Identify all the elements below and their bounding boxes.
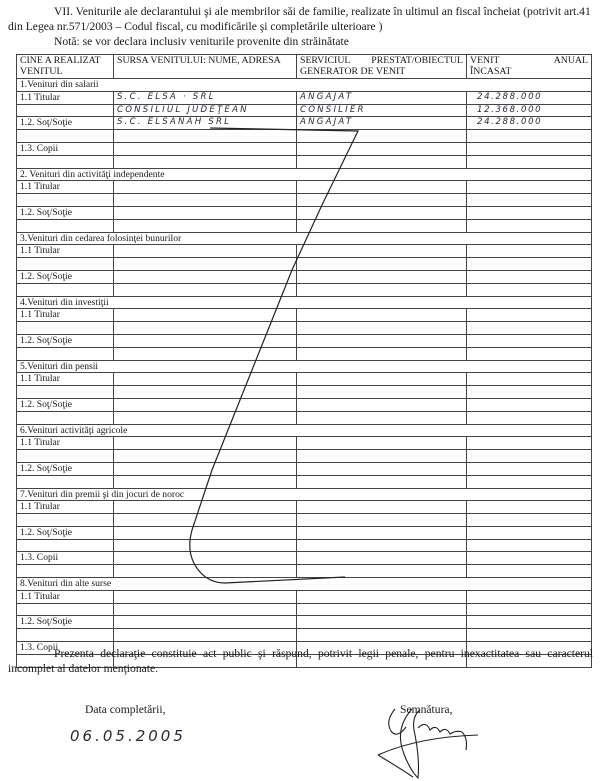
cell-who: 1.2. Soţ/Soţie <box>17 616 114 629</box>
cell-who: 1.2. Soţ/Soţie <box>17 117 114 130</box>
table-row: 1.1 Titular <box>17 437 592 450</box>
cell-who: 1.2. Soţ/Soţie <box>17 526 114 539</box>
cell-source <box>114 322 297 335</box>
cell-who: 1.2. Soţ/Soţie <box>17 206 114 219</box>
cell-source <box>114 334 297 347</box>
cell-income <box>467 411 592 424</box>
cell-income <box>467 258 592 271</box>
section-title: 5.Venituri din pensii <box>17 360 592 373</box>
cell-who: 1.1 Titular <box>17 181 114 194</box>
cell-income <box>467 155 592 168</box>
table-row: 1.1 TitularS.C. ELSA · SRLANGAJAT24.288.… <box>17 91 592 104</box>
table-row: 1.2. Soţ/Soţie <box>17 616 592 629</box>
cell-service <box>297 206 467 219</box>
cell-service <box>297 462 467 475</box>
cell-income <box>467 539 592 552</box>
table-row <box>17 603 592 616</box>
table-row: 1.1 Titular <box>17 309 592 322</box>
table-row <box>17 322 592 335</box>
cell-service <box>297 258 467 271</box>
cell-income <box>467 322 592 335</box>
header-income-b: ANUAL <box>554 56 588 67</box>
cell-income <box>467 194 592 207</box>
cell-service <box>297 450 467 463</box>
table-row: 1.3. Copii <box>17 552 592 565</box>
cell-service <box>297 334 467 347</box>
income-table: CINE A REALIZAT VENITUL SURSA VENITULUI:… <box>16 54 592 668</box>
cell-source <box>114 590 297 603</box>
table-row <box>17 475 592 488</box>
table-row: 1.1 Titular <box>17 590 592 603</box>
table-row <box>17 347 592 360</box>
cell-income <box>467 462 592 475</box>
cell-who <box>17 322 114 335</box>
cell-income <box>467 552 592 565</box>
section-row: 4.Venituri din investiţii <box>17 296 592 309</box>
cell-income <box>467 206 592 219</box>
cell-source <box>114 411 297 424</box>
header-service-a: SERVICIUL <box>300 56 350 67</box>
cell-source: CONSILIUL JUDEŢEAN <box>114 104 297 117</box>
cell-who: 1.2. Soţ/Soţie <box>17 462 114 475</box>
cell-who <box>17 629 114 642</box>
header-income-c: ÎNCASAT <box>470 67 588 78</box>
cell-income <box>467 603 592 616</box>
cell-who <box>17 283 114 296</box>
cell-income <box>467 181 592 194</box>
cell-source <box>114 270 297 283</box>
table-row: 1.2. Soţ/Soţie <box>17 462 592 475</box>
cell-income <box>467 475 592 488</box>
cell-source <box>114 130 297 143</box>
table-row: 1.2. Soţ/Soţie <box>17 526 592 539</box>
cell-income <box>467 590 592 603</box>
cell-source <box>114 501 297 514</box>
table-row <box>17 514 592 527</box>
cell-income <box>467 565 592 578</box>
cell-income: 12.368.000 <box>467 104 592 117</box>
cell-source <box>114 629 297 642</box>
cell-who: 1.1 Titular <box>17 91 114 104</box>
cell-service <box>297 373 467 386</box>
cell-who: 1.1 Titular <box>17 373 114 386</box>
header-who: CINE A REALIZAT VENITUL <box>17 55 114 79</box>
cell-service <box>297 552 467 565</box>
date-value: 06.05.2005 <box>70 727 186 745</box>
cell-income <box>467 616 592 629</box>
section-title: 1.Venituri din salarii <box>17 79 592 92</box>
cell-service <box>297 194 467 207</box>
cell-service <box>297 411 467 424</box>
section-row: 1.Venituri din salarii <box>17 79 592 92</box>
cell-source <box>114 142 297 155</box>
cell-service <box>297 526 467 539</box>
cell-service <box>297 629 467 642</box>
table-row <box>17 219 592 232</box>
header-income: VENITANUAL ÎNCASAT <box>467 55 592 79</box>
date-label: Data completării, <box>85 703 165 716</box>
header-service: SERVICIULPRESTAT/OBIECTUL GENERATOR DE V… <box>297 55 467 79</box>
cell-service: ANGAJAT <box>297 117 467 130</box>
cell-source <box>114 526 297 539</box>
table-row: 1.2. Soţ/Soţie <box>17 334 592 347</box>
cell-source <box>114 373 297 386</box>
table-row <box>17 386 592 399</box>
section-row: 2. Venituri din activităţi independente <box>17 168 592 181</box>
cell-source <box>114 437 297 450</box>
header-source: SURSA VENITULUI: NUME, ADRESA <box>114 55 297 79</box>
cell-source <box>114 309 297 322</box>
footer-statement: Prezenta declaraţie constituie act publi… <box>8 646 593 676</box>
cell-service <box>297 142 467 155</box>
cell-income: 24.288.000 <box>467 117 592 130</box>
cell-who: 1.1 Titular <box>17 245 114 258</box>
cell-service <box>297 283 467 296</box>
cell-service <box>297 347 467 360</box>
intro: VII. Veniturile ale declarantului şi ale… <box>8 4 593 49</box>
cell-who <box>17 514 114 527</box>
cell-service <box>297 437 467 450</box>
cell-income <box>467 501 592 514</box>
cell-income <box>467 347 592 360</box>
cell-who <box>17 475 114 488</box>
table-row <box>17 194 592 207</box>
cell-income: 24.288.000 <box>467 91 592 104</box>
cell-source <box>114 219 297 232</box>
table-row <box>17 450 592 463</box>
cell-source <box>114 347 297 360</box>
cell-income <box>467 398 592 411</box>
cell-source <box>114 258 297 271</box>
table-row: 1.2. Soţ/Soţie <box>17 398 592 411</box>
cell-income <box>467 450 592 463</box>
cell-who <box>17 104 114 117</box>
cell-income <box>467 270 592 283</box>
table-body: 1.Venituri din salarii1.1 TitularS.C. EL… <box>17 79 592 668</box>
cell-income <box>467 309 592 322</box>
cell-service <box>297 590 467 603</box>
table-row: 1.1 Titular <box>17 501 592 514</box>
cell-service: ANGAJAT <box>297 91 467 104</box>
cell-source <box>114 155 297 168</box>
cell-service <box>297 245 467 258</box>
cell-who <box>17 219 114 232</box>
handwritten-signature-icon <box>378 709 478 778</box>
cell-source <box>114 386 297 399</box>
section-title: 6.Venituri activităţi agricole <box>17 424 592 437</box>
cell-source <box>114 283 297 296</box>
cell-source <box>114 181 297 194</box>
cell-service <box>297 270 467 283</box>
signature-label: Semnătura, <box>400 703 452 716</box>
table-row <box>17 629 592 642</box>
cell-source: S.C. ELSANAH SRL <box>114 117 297 130</box>
table-row <box>17 130 592 143</box>
cell-service <box>297 616 467 629</box>
cell-who <box>17 386 114 399</box>
table-row: 1.2. Soţ/Soţie <box>17 206 592 219</box>
cell-source <box>114 194 297 207</box>
cell-service <box>297 386 467 399</box>
table-row: 1.3. Copii <box>17 142 592 155</box>
intro-note: Notă: se vor declara inclusiv veniturile… <box>8 34 593 49</box>
cell-service <box>297 603 467 616</box>
cell-income <box>467 334 592 347</box>
table-row <box>17 155 592 168</box>
cell-income <box>467 437 592 450</box>
cell-who: 1.2. Soţ/Soţie <box>17 398 114 411</box>
cell-source <box>114 398 297 411</box>
section-title: 3.Venituri din cedarea folosinţei bunuri… <box>17 232 592 245</box>
table-row <box>17 258 592 271</box>
cell-who: 1.1 Titular <box>17 590 114 603</box>
cell-service: CONSILIER <box>297 104 467 117</box>
cell-who <box>17 565 114 578</box>
cell-income <box>467 386 592 399</box>
cell-source <box>114 539 297 552</box>
cell-service <box>297 501 467 514</box>
header-income-a: VENIT <box>470 56 499 67</box>
cell-source <box>114 565 297 578</box>
cell-service <box>297 155 467 168</box>
header-service-c: GENERATOR DE VENIT <box>300 67 463 78</box>
section-row: 3.Venituri din cedarea folosinţei bunuri… <box>17 232 592 245</box>
cell-who <box>17 347 114 360</box>
cell-who <box>17 450 114 463</box>
table-row: CONSILIUL JUDEŢEANCONSILIER12.368.000 <box>17 104 592 117</box>
cell-income <box>467 245 592 258</box>
footer: Prezenta declaraţie constituie act publi… <box>8 646 593 676</box>
cell-source <box>114 450 297 463</box>
cell-who <box>17 130 114 143</box>
cell-source <box>114 462 297 475</box>
table-row <box>17 539 592 552</box>
cell-source <box>114 552 297 565</box>
cell-income <box>467 219 592 232</box>
table-row <box>17 283 592 296</box>
cell-service <box>297 181 467 194</box>
section-row: 5.Venituri din pensii <box>17 360 592 373</box>
cell-source <box>114 206 297 219</box>
section-title: 2. Venituri din activităţi independente <box>17 168 592 181</box>
table-row: 1.2. Soţ/Soţie <box>17 270 592 283</box>
cell-source <box>114 245 297 258</box>
cell-service <box>297 514 467 527</box>
cell-who <box>17 603 114 616</box>
cell-income <box>467 514 592 527</box>
table-row <box>17 411 592 424</box>
cell-who: 1.1 Titular <box>17 309 114 322</box>
section-row: 7.Venituri din premii şi din jocuri de n… <box>17 488 592 501</box>
section-row: 6.Venituri activităţi agricole <box>17 424 592 437</box>
cell-income <box>467 130 592 143</box>
cell-who <box>17 194 114 207</box>
section-title: 4.Venituri din investiţii <box>17 296 592 309</box>
cell-source <box>114 603 297 616</box>
section-title: 8.Venituri din alte surse <box>17 578 592 591</box>
cell-who <box>17 155 114 168</box>
cell-income <box>467 629 592 642</box>
table-row <box>17 565 592 578</box>
cell-source <box>114 475 297 488</box>
cell-service <box>297 219 467 232</box>
cell-who: 1.1 Titular <box>17 437 114 450</box>
intro-paragraph: VII. Veniturile ale declarantului şi ale… <box>8 4 593 34</box>
cell-income <box>467 373 592 386</box>
table-row: 1.1 Titular <box>17 181 592 194</box>
cell-source <box>114 616 297 629</box>
section-row: 8.Venituri din alte surse <box>17 578 592 591</box>
cell-who: 1.1 Titular <box>17 501 114 514</box>
cell-source <box>114 514 297 527</box>
cell-service <box>297 309 467 322</box>
table-row: 1.1 Titular <box>17 373 592 386</box>
cell-who: 1.3. Copii <box>17 552 114 565</box>
cell-who <box>17 258 114 271</box>
cell-service <box>297 398 467 411</box>
cell-who: 1.2. Soţ/Soţie <box>17 270 114 283</box>
cell-service <box>297 475 467 488</box>
cell-source: S.C. ELSA · SRL <box>114 91 297 104</box>
cell-who <box>17 539 114 552</box>
cell-income <box>467 283 592 296</box>
table-row: 1.2. Soţ/SoţieS.C. ELSANAH SRLANGAJAT24.… <box>17 117 592 130</box>
header-service-b: PRESTAT/OBIECTUL <box>371 56 463 67</box>
cell-service <box>297 130 467 143</box>
section-title: 7.Venituri din premii şi din jocuri de n… <box>17 488 592 501</box>
cell-service <box>297 539 467 552</box>
cell-income <box>467 526 592 539</box>
cell-service <box>297 565 467 578</box>
table-header: CINE A REALIZAT VENITUL SURSA VENITULUI:… <box>17 55 592 79</box>
cell-income <box>467 142 592 155</box>
cell-who: 1.2. Soţ/Soţie <box>17 334 114 347</box>
cell-service <box>297 322 467 335</box>
cell-who: 1.3. Copii <box>17 142 114 155</box>
cell-who <box>17 411 114 424</box>
table-row: 1.1 Titular <box>17 245 592 258</box>
